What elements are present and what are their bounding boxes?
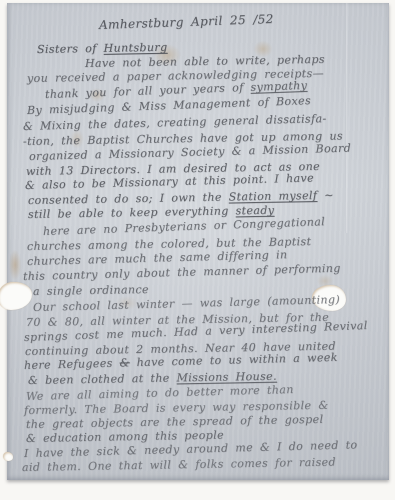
salutation: Sisters of Huntsburg bbox=[37, 41, 168, 56]
letter-word-u: Station myself bbox=[229, 189, 318, 204]
letter-text: here Refugees bbox=[24, 356, 120, 371]
letter-word-u: Missions House. bbox=[176, 370, 277, 385]
paper-hole-left bbox=[0, 282, 32, 310]
letter-word-u: steady bbox=[235, 204, 274, 218]
letter-word-u: Huntsburg bbox=[104, 41, 168, 55]
letter-text: & been clothed at the bbox=[28, 371, 177, 387]
fold-crease-vertical bbox=[345, 3, 348, 233]
dateline: Amherstburg April 25 /52 bbox=[99, 13, 274, 32]
letter-paper: Amherstburg April 25 /52Sisters of Hunts… bbox=[7, 3, 389, 480]
letter-text: a single ordinance bbox=[33, 283, 149, 298]
letter-text: ~ bbox=[317, 189, 334, 202]
paper-hole-small bbox=[3, 452, 13, 461]
letter-photo: Amherstburg April 25 /52Sisters of Hunts… bbox=[0, 0, 395, 500]
letter-text: Sisters of bbox=[37, 42, 104, 56]
letter-line: a single ordinance bbox=[33, 283, 149, 298]
letter-word-u: sympathy bbox=[250, 79, 307, 94]
letter-line: consented to do so; I own the Station my… bbox=[28, 189, 334, 207]
letter-word-strike: & bbox=[119, 356, 130, 369]
letter-text: Amherstburg April 25 /52 bbox=[99, 12, 274, 32]
